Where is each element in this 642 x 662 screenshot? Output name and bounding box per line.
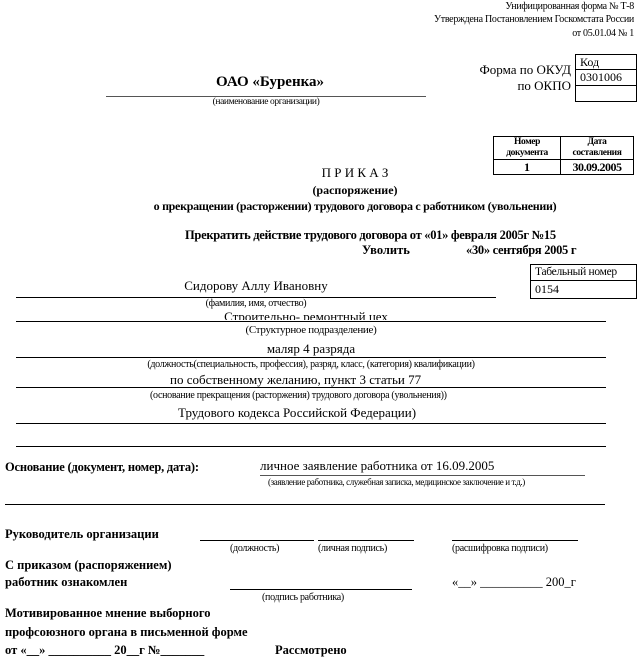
head-signature-caption: (личная подпись)	[318, 543, 387, 554]
doc-date-value: 30.09.2005	[561, 160, 634, 175]
head-decode-caption: (расшифровка подписи)	[452, 543, 548, 554]
union-reviewed-label: Рассмотрено	[275, 643, 347, 658]
basis-underline	[260, 475, 585, 476]
head-position-caption: (должность)	[230, 543, 279, 554]
union-opinion-line1: Мотивированное мнение выборного	[5, 606, 210, 621]
document-table: Номер документа Дата составления 1 30.09…	[493, 136, 634, 175]
acquainted-label-line1: С приказом (распоряжением)	[5, 558, 172, 573]
dismiss-date: «30» сентября 2005 г	[466, 243, 576, 258]
head-position-line[interactable]	[200, 540, 314, 541]
personnel-number-header: Табельный номер	[531, 265, 637, 281]
termination-reason-caption: (основание прекращения (расторжения) тру…	[150, 390, 447, 401]
termination-reason-continued: Трудового кодекса Российской Федерации)	[178, 405, 416, 421]
doc-number-header: Номер документа	[494, 137, 561, 160]
order-title: П Р И К А З	[255, 165, 455, 181]
worker-signature-line[interactable]	[230, 589, 412, 590]
head-signature-line[interactable]	[318, 540, 414, 541]
personnel-number-table: Табельный номер 0154	[530, 264, 637, 299]
employee-name-caption: (фамилия, имя, отчество)	[16, 298, 496, 309]
head-signature-decode-line[interactable]	[452, 540, 578, 541]
union-opinion-date[interactable]: от «__» __________ 20__г №_______	[5, 643, 204, 658]
terminate-contract-line: Прекратить действие трудового договора о…	[185, 228, 556, 243]
basis-caption: (заявление работника, служебная записка,…	[268, 477, 525, 487]
structural-unit: Строительно- ремонтный цех	[16, 309, 596, 320]
termination-reason-underline	[16, 387, 606, 388]
order-subtitle: (распоряжение)	[255, 183, 455, 198]
code-header: Код	[576, 55, 637, 70]
acquainted-label-line2: работник ознакомлен	[5, 575, 127, 590]
order-description: о прекращении (расторжении) трудового до…	[110, 199, 600, 214]
position-underline	[16, 357, 606, 358]
approved-date-line: от 05.01.04 № 1	[572, 28, 634, 39]
basis-value: личное заявление работника от 16.09.2005	[260, 458, 494, 474]
blank-underline	[16, 446, 606, 447]
basis-label: Основание (документ, номер, дата):	[5, 460, 199, 475]
reason-continued-underline	[16, 423, 606, 424]
dismiss-label: Уволить	[362, 243, 410, 258]
worker-signature-caption: (подпись работника)	[262, 592, 344, 603]
okud-label: Форма по ОКУД	[480, 62, 572, 78]
union-opinion-line2: профсоюзного органа в письменной форме	[5, 625, 248, 640]
organization-caption: (наименование организации)	[106, 97, 426, 107]
doc-number-value: 1	[494, 160, 561, 175]
position-caption: (должность(специальность, профессия), ра…	[16, 359, 606, 370]
acquainted-date[interactable]: «__» __________ 200_г	[452, 575, 576, 590]
okpo-code-cell	[576, 86, 637, 102]
head-of-organization-label: Руководитель организации	[5, 527, 159, 542]
personnel-number-value: 0154	[531, 281, 637, 299]
approved-line: Утверждена Постановлением Госкомстата Ро…	[434, 14, 634, 25]
termination-reason: по собственному желанию, пункт 3 статьи …	[170, 372, 421, 388]
structural-unit-caption: (Структурное подразделение)	[16, 324, 606, 336]
organization-name: ОАО «Буренка»	[105, 74, 435, 91]
structural-unit-underline	[16, 321, 606, 322]
employee-name: Сидорову Аллу Ивановну	[16, 278, 496, 294]
okud-code-cell: 0301006	[576, 70, 637, 86]
okpo-label: по ОКПО	[517, 78, 571, 94]
basis-blank-underline	[5, 504, 605, 505]
position-value: маляр 4 разряда	[16, 341, 606, 357]
form-number-line: Унифицированная форма № Т-8	[505, 1, 634, 12]
codes-table: Код 0301006	[575, 54, 637, 102]
doc-date-header: Дата составления	[561, 137, 634, 160]
